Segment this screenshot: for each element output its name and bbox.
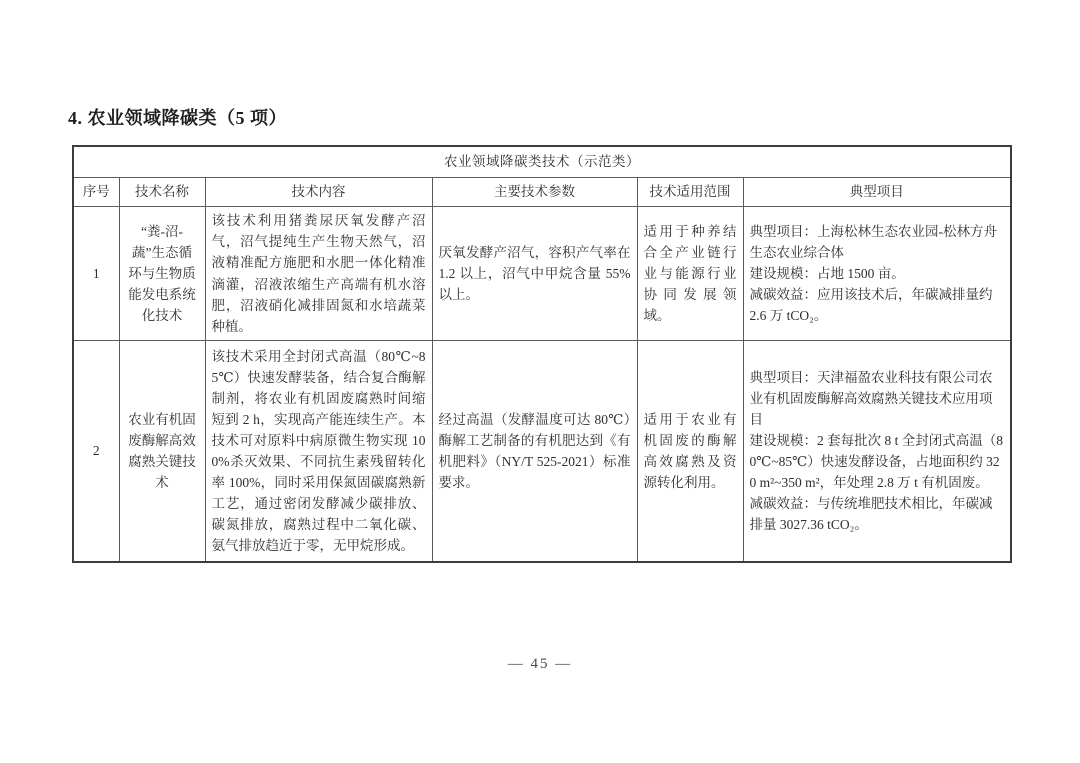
row2-content: 该技术采用全封闭式高温（80℃~85℃）快速发酵装备，结合复合酶解制剂，将农业有… bbox=[205, 341, 432, 563]
header-typical-project: 典型项目 bbox=[743, 178, 1011, 207]
section-title: 4. 农业领域降碳类（5 项） bbox=[68, 104, 287, 130]
row2-project: 典型项目：天津福盈农业科技有限公司农业有机固废酶解高效腐熟关键技术应用项目 建设… bbox=[743, 341, 1011, 563]
table-header-row: 序号 技术名称 技术内容 主要技术参数 技术适用范围 典型项目 bbox=[73, 178, 1011, 207]
row1-scope: 适用于种养结合全产业链行业与能源行业协同发展领域。 bbox=[637, 207, 743, 341]
row1-parameters: 厌氧发酵产沼气，容积产气率在 1.2 以上，沼气中甲烷含量 55%以上。 bbox=[432, 207, 637, 341]
table-row: 2 农业有机固废酶解高效腐熟关键技术 该技术采用全封闭式高温（80℃~85℃）快… bbox=[73, 341, 1011, 563]
table-title-row: 农业领域降碳类技术（示范类） bbox=[73, 146, 1011, 178]
row2-scope: 适用于农业有机固废的酶解高效腐熟及资源转化利用。 bbox=[637, 341, 743, 563]
row1-project: 典型项目：上海松林生态农业园-松林方舟生态农业综合体 建设规模：占地 1500 … bbox=[743, 207, 1011, 341]
page-number: — 45 — bbox=[0, 656, 1080, 673]
row1-content: 该技术利用猪粪尿厌氧发酵产沼气，沼气提纯生产生物天然气，沼液精准配方施肥和水肥一… bbox=[205, 207, 432, 341]
row1-tech-name: “粪-沼-蔬”生态循环与生物质能发电系统化技术 bbox=[119, 207, 205, 341]
table-row: 1 “粪-沼-蔬”生态循环与生物质能发电系统化技术 该技术利用猪粪尿厌氧发酵产沼… bbox=[73, 207, 1011, 341]
table-title: 农业领域降碳类技术（示范类） bbox=[73, 146, 1011, 178]
row2-index: 2 bbox=[73, 341, 119, 563]
document-page: 4. 农业领域降碳类（5 项） 农业领域降碳类技术（示范类） 序号 技术名称 技… bbox=[0, 0, 1080, 763]
row2-tech-name: 农业有机固废酶解高效腐熟关键技术 bbox=[119, 341, 205, 563]
header-index: 序号 bbox=[73, 178, 119, 207]
technology-table: 农业领域降碳类技术（示范类） 序号 技术名称 技术内容 主要技术参数 技术适用范… bbox=[72, 145, 1012, 563]
header-tech-parameters: 主要技术参数 bbox=[432, 178, 637, 207]
header-tech-content: 技术内容 bbox=[205, 178, 432, 207]
row1-index: 1 bbox=[73, 207, 119, 341]
header-tech-name: 技术名称 bbox=[119, 178, 205, 207]
row2-parameters: 经过高温（发酵温度可达 80℃）酶解工艺制备的有机肥达到《有机肥料》（NY/T … bbox=[432, 341, 637, 563]
header-tech-scope: 技术适用范围 bbox=[637, 178, 743, 207]
